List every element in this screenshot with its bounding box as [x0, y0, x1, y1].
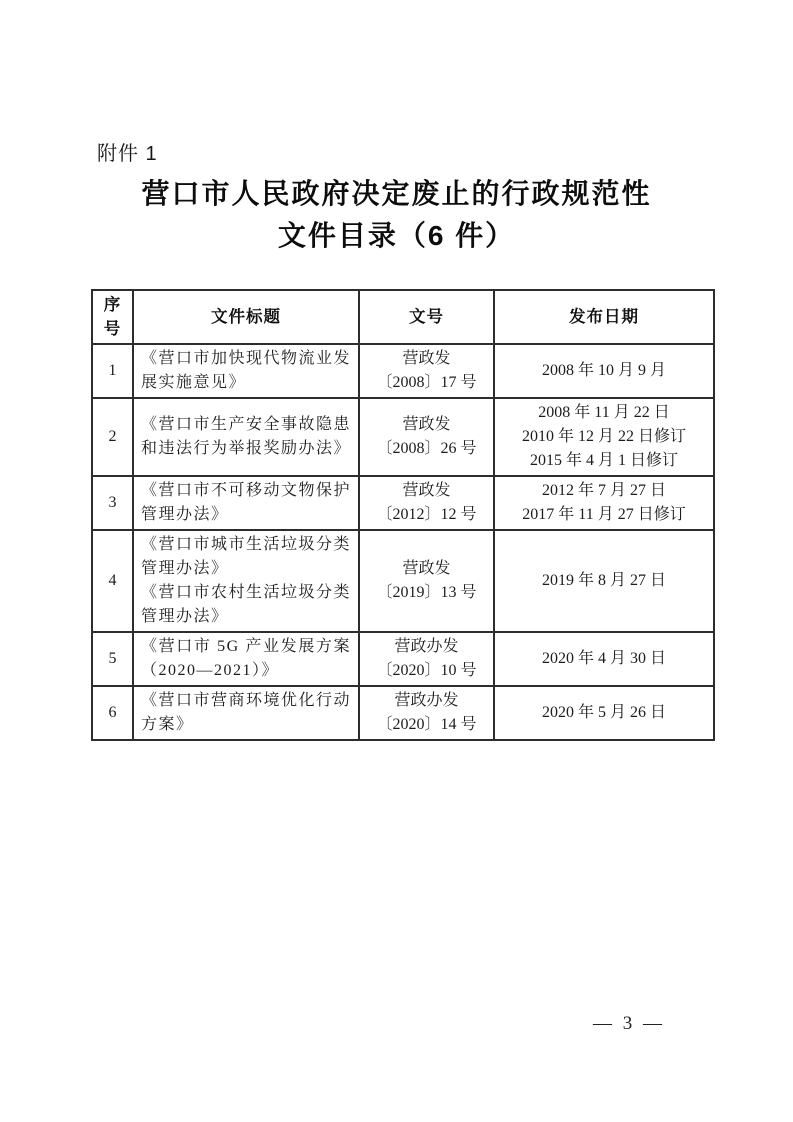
date-line: 2010 年 12 月 22 日修订 — [499, 425, 709, 449]
cell-serial-number: 2 — [92, 398, 133, 476]
date-line: 2015 年 4 月 1 日修订 — [499, 449, 709, 473]
table-row: 4 《营口市城市生活垃圾分类管理办法》 《营口市农村生活垃圾分类管理办法》 营政… — [92, 530, 714, 632]
date-line: 2008 年 11 月 22 日 — [499, 401, 709, 425]
document-page: 附件 1 营口市人民政府决定废止的行政规范性 文件目录（6 件） 序号 文件标题… — [0, 0, 793, 1122]
table-row: 3 《营口市不可移动文物保护管理办法》 营政发 〔2012〕12 号 2012 … — [92, 476, 714, 530]
cell-publish-date: 2008 年 11 月 22 日 2010 年 12 月 22 日修订 2015… — [494, 398, 714, 476]
cell-document-title: 《营口市加快现代物流业发展实施意见》 — [133, 344, 359, 398]
cell-document-number: 营政发 〔2008〕26 号 — [359, 398, 494, 476]
date-line: 2020 年 5 月 26 日 — [499, 701, 709, 725]
cell-document-number: 营政办发 〔2020〕14 号 — [359, 686, 494, 740]
header-publish-date: 发布日期 — [494, 290, 714, 344]
cell-document-number: 营政发 〔2019〕13 号 — [359, 530, 494, 632]
cell-document-title: 《营口市 5G 产业发展方案（2020—2021）》 — [133, 632, 359, 686]
doc-no-line: 〔2008〕17 号 — [364, 371, 489, 395]
table-row: 5 《营口市 5G 产业发展方案（2020—2021）》 营政办发 〔2020〕… — [92, 632, 714, 686]
cell-document-number: 营政发 〔2012〕12 号 — [359, 476, 494, 530]
cell-document-title: 《营口市生产安全事故隐患和违法行为举报奖励办法》 — [133, 398, 359, 476]
cell-document-number: 营政办发 〔2020〕10 号 — [359, 632, 494, 686]
cell-serial-number: 4 — [92, 530, 133, 632]
document-title-text: 《营口市不可移动文物保护管理办法》 — [141, 479, 351, 527]
date-line: 2020 年 4 月 30 日 — [499, 647, 709, 671]
table-header-row: 序号 文件标题 文号 发布日期 — [92, 290, 714, 344]
header-document-number: 文号 — [359, 290, 494, 344]
cell-document-title: 《营口市城市生活垃圾分类管理办法》 《营口市农村生活垃圾分类管理办法》 — [133, 530, 359, 632]
doc-no-line: 〔2019〕13 号 — [364, 581, 489, 605]
cell-publish-date: 2020 年 5 月 26 日 — [494, 686, 714, 740]
date-line: 2008 年 10 月 9 月 — [499, 359, 709, 383]
attachment-label: 附件 1 — [97, 137, 158, 166]
document-title-text: 《营口市城市生活垃圾分类管理办法》 — [141, 533, 351, 581]
document-title-line-1: 营口市人民政府决定废止的行政规范性 — [0, 173, 793, 215]
document-title: 营口市人民政府决定废止的行政规范性 文件目录（6 件） — [0, 173, 793, 257]
cell-document-title: 《营口市不可移动文物保护管理办法》 — [133, 476, 359, 530]
document-title-line-2: 文件目录（6 件） — [0, 215, 793, 257]
date-line: 2012 年 7 月 27 日 — [499, 479, 709, 503]
cell-serial-number: 3 — [92, 476, 133, 530]
table-row: 2 《营口市生产安全事故隐患和违法行为举报奖励办法》 营政发 〔2008〕26 … — [92, 398, 714, 476]
cell-publish-date: 2020 年 4 月 30 日 — [494, 632, 714, 686]
document-title-text: 《营口市农村生活垃圾分类管理办法》 — [141, 581, 351, 629]
cell-document-number: 营政发 〔2008〕17 号 — [359, 344, 494, 398]
header-serial-number: 序号 — [92, 290, 133, 344]
cell-publish-date: 2019 年 8 月 27 日 — [494, 530, 714, 632]
document-title-text: 《营口市加快现代物流业发展实施意见》 — [141, 347, 351, 395]
doc-no-line: 营政发 — [364, 413, 489, 437]
cell-document-title: 《营口市营商环境优化行动方案》 — [133, 686, 359, 740]
date-line: 2017 年 11 月 27 日修订 — [499, 503, 709, 527]
cell-publish-date: 2012 年 7 月 27 日 2017 年 11 月 27 日修订 — [494, 476, 714, 530]
cell-serial-number: 6 — [92, 686, 133, 740]
document-title-text: 《营口市营商环境优化行动方案》 — [141, 689, 351, 737]
doc-no-line: 营政发 — [364, 557, 489, 581]
table-row: 1 《营口市加快现代物流业发展实施意见》 营政发 〔2008〕17 号 2008… — [92, 344, 714, 398]
document-title-text: 《营口市生产安全事故隐患和违法行为举报奖励办法》 — [141, 413, 351, 461]
doc-no-line: 〔2008〕26 号 — [364, 437, 489, 461]
header-document-title: 文件标题 — [133, 290, 359, 344]
page-number: — 3 — — [593, 1013, 665, 1035]
doc-no-line: 〔2020〕10 号 — [364, 659, 489, 683]
cell-publish-date: 2008 年 10 月 9 月 — [494, 344, 714, 398]
abolished-documents-table: 序号 文件标题 文号 发布日期 1 《营口市加快现代物流业发展实施意见》 营政发… — [91, 289, 715, 741]
doc-no-line: 营政办发 — [364, 635, 489, 659]
cell-serial-number: 1 — [92, 344, 133, 398]
table-row: 6 《营口市营商环境优化行动方案》 营政办发 〔2020〕14 号 2020 年… — [92, 686, 714, 740]
document-title-text: 《营口市 5G 产业发展方案（2020—2021）》 — [141, 635, 351, 683]
doc-no-line: 〔2012〕12 号 — [364, 503, 489, 527]
doc-no-line: 营政办发 — [364, 689, 489, 713]
cell-serial-number: 5 — [92, 632, 133, 686]
doc-no-line: 营政发 — [364, 347, 489, 371]
doc-no-line: 〔2020〕14 号 — [364, 713, 489, 737]
doc-no-line: 营政发 — [364, 479, 489, 503]
date-line: 2019 年 8 月 27 日 — [499, 569, 709, 593]
